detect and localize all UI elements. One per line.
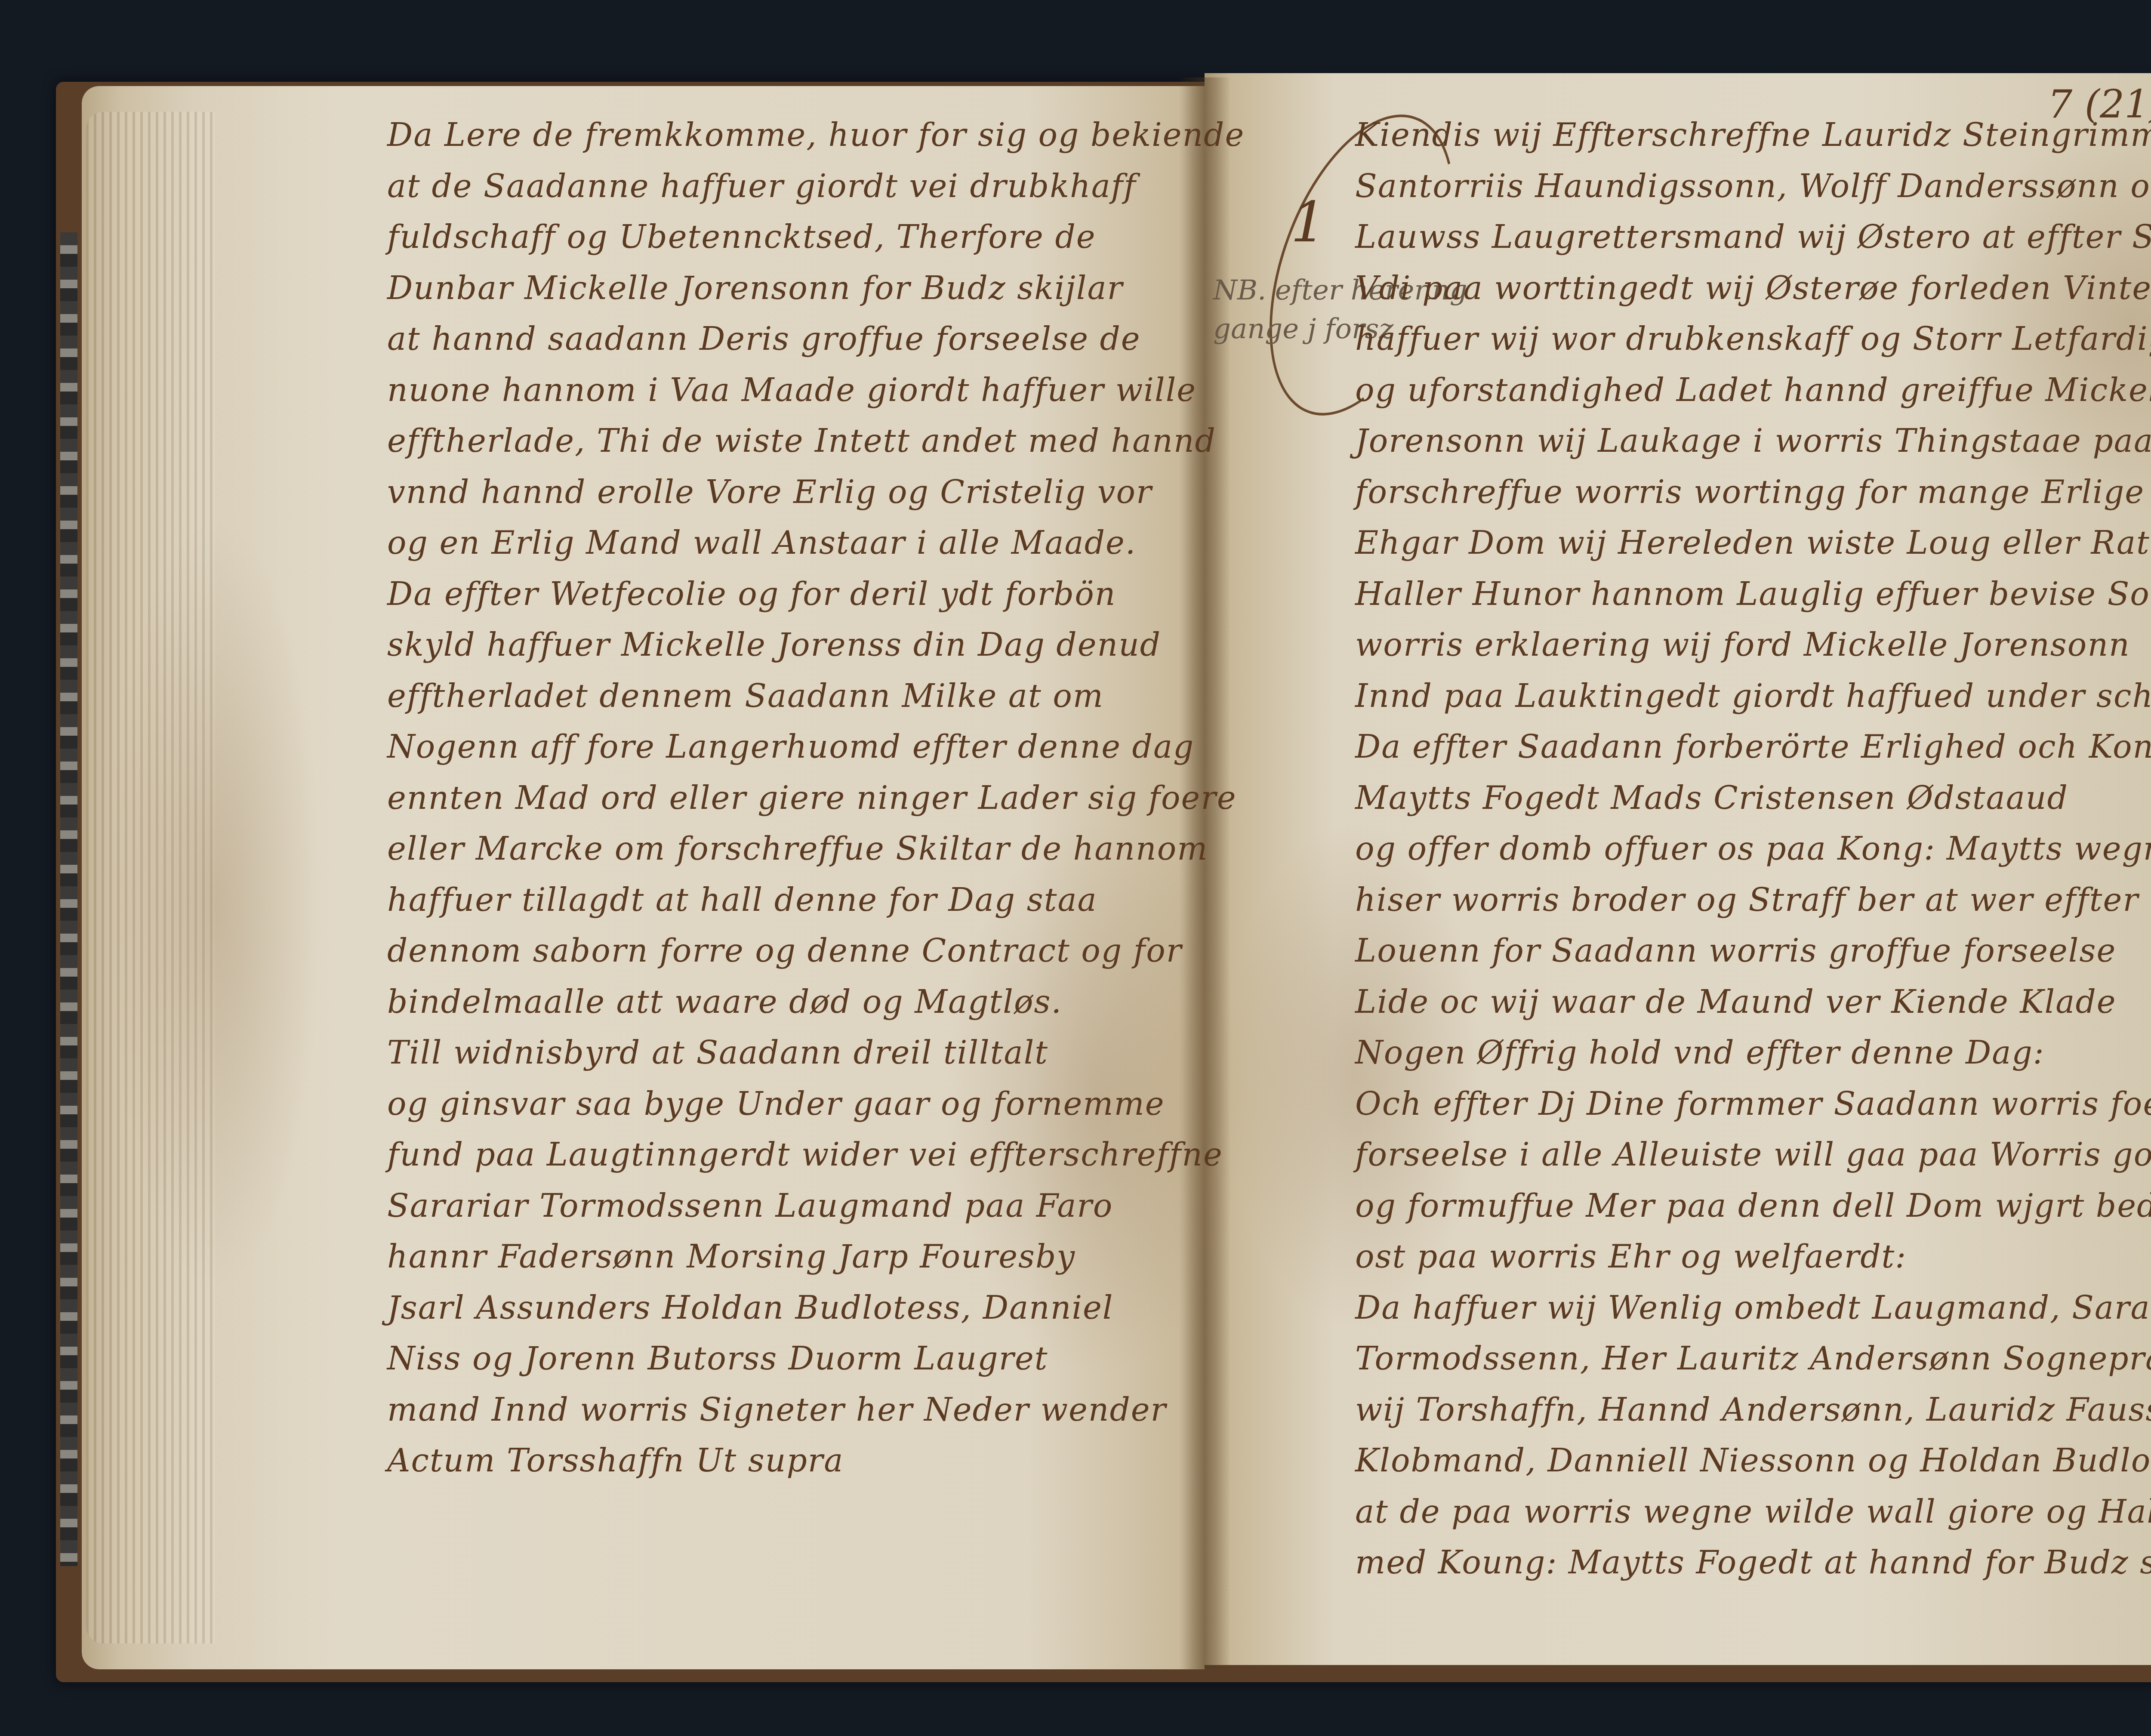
manuscript-line: med Koung: Maytts Fogedt at hannd for Bu… — [1355, 1537, 2151, 1588]
marbled-cover-edge-left — [60, 232, 77, 1566]
manuscript-line: fuldschaff og Ubetenncktsed, Therfore de — [387, 212, 1205, 263]
manuscript-line: Santorriis Haundigssonn, Wolff Danderssø… — [1355, 161, 2151, 212]
manuscript-line: Sarariar Tormodssenn Laugmand paa Faro — [387, 1181, 1205, 1232]
manuscript-line: wij Torshaffn, Hannd Andersønn, Lauridz … — [1355, 1384, 2151, 1436]
manuscript-line: Kiendis wij Effterschreffne Lauridz Stei… — [1355, 110, 2151, 161]
manuscript-line: Klobmand, Danniell Niessonn og Holdan Bu… — [1355, 1435, 2151, 1486]
manuscript-line: at de Saadanne haffuer giordt vei drubkh… — [387, 161, 1205, 212]
manuscript-line: Och effter Dj Dine formmer Saadann worri… — [1355, 1079, 2151, 1130]
manuscript-line: Lide oc wij waar de Maund ver Kiende Kla… — [1355, 977, 2151, 1028]
manuscript-line: haffuer tillagdt at hall denne for Dag s… — [387, 875, 1205, 926]
manuscript-line: eller Marcke om forschreffue Skiltar de … — [387, 823, 1205, 875]
manuscript-line: skyld haffuer Mickelle Jorenss din Dag d… — [387, 620, 1205, 671]
right-page-text: Kiendis wij Effterschreffne Lauridz Stei… — [1355, 110, 2151, 1588]
water-stain — [108, 516, 323, 1291]
margin-numeral: 1 — [1291, 189, 1326, 255]
manuscript-line: og ginsvar saa byge Under gaar og fornem… — [387, 1079, 1205, 1130]
manuscript-line: Da Lere de fremkkomme, huor for sig og b… — [387, 110, 1205, 161]
manuscript-line: og formuffue Mer paa denn dell Dom wjgrt… — [1355, 1181, 2151, 1232]
manuscript-line: Niss og Jorenn Butorss Duorm Laugret — [387, 1333, 1205, 1384]
manuscript-line: Actum Torsshaffn Ut supra — [387, 1435, 1205, 1486]
manuscript-line: forschreffue worris wortingg for mange E… — [1355, 467, 2151, 518]
manuscript-line: Ehgar Dom wij Hereleden wiste Loug eller… — [1355, 518, 2151, 569]
manuscript-line: haffuer wij wor drubkenskaff og Storr Le… — [1355, 314, 2151, 365]
manuscript-line: Jorensonn wij Laukage i worris Thingstaa… — [1355, 416, 2151, 467]
manuscript-line: mand Innd worris Signeter her Neder wend… — [387, 1384, 1205, 1436]
manuscript-line: fund paa Laugtinngerdt wider vei effters… — [387, 1129, 1205, 1181]
manuscript-line: forseelse i alle Alleuiste will gaa paa … — [1355, 1129, 2151, 1181]
left-page-text: Da Lere de fremkkomme, huor for sig og b… — [387, 110, 1205, 1486]
manuscript-line: hiser worris broder og Straff ber at wer… — [1355, 875, 2151, 926]
manuscript-line: Nogen Øffrig hold vnd effter denne Dag: — [1355, 1027, 2151, 1079]
manuscript-line: og uforstandighed Ladet hannd greiffue M… — [1355, 365, 2151, 416]
manuscript-line: Da haffuer wij Wenlig ombedt Laugmand, S… — [1355, 1283, 2151, 1334]
manuscript-line: ennten Mad ord eller giere ninger Lader … — [387, 773, 1205, 824]
manuscript-line: vnnd hannd erolle Vore Erlig og Cristeli… — [387, 467, 1205, 518]
manuscript-line: Jsarl Assunders Holdan Budlotess, Dannie… — [387, 1283, 1205, 1334]
manuscript-line: Lauwss Laugrettersmand wij Østero at eff… — [1355, 212, 2151, 263]
manuscript-line: Da effter Saadann forberörte Erlighed oc… — [1355, 722, 2151, 773]
manuscript-line: at de paa worris wegne wilde wall giore … — [1355, 1486, 2151, 1538]
manuscript-line: Da effter Wetfecolie og for deril ydt fo… — [387, 569, 1205, 620]
manuscript-line: worris erklaering wij ford Mickelle Jore… — [1355, 620, 2151, 671]
manuscript-line: dennom saborn forre og denne Contract og… — [387, 925, 1205, 977]
manuscript-line: Vdi paa worttingedt wij Østerøe forleden… — [1355, 263, 2151, 314]
manuscript-line: bindelmaalle att waare død og Magtløs. — [387, 977, 1205, 1028]
manuscript-line: og en Erlig Mand wall Anstaar i alle Maa… — [387, 518, 1205, 569]
manuscript-line: nuone hannom i Vaa Maade giordt haffuer … — [387, 365, 1205, 416]
manuscript-line: Louenn for Saadann worris groffue forsee… — [1355, 925, 2151, 977]
manuscript-line: ost paa worris Ehr og welfaerdt: — [1355, 1231, 2151, 1283]
manuscript-line: Dunbar Mickelle Jorensonn for Budz skijl… — [387, 263, 1205, 314]
manuscript-line: Maytts Fogedt Mads Cristensen Ødstaaud — [1355, 773, 2151, 824]
manuscript-line: Tormodssenn, Her Lauritz Andersønn Sogne… — [1355, 1333, 2151, 1384]
manuscript-line: Till widnisbyrd at Saadann dreil tilltal… — [387, 1027, 1205, 1079]
manuscript-line: hannr Fadersønn Morsing Jarp Fouresby — [387, 1231, 1205, 1283]
manuscript-line: at hannd saadann Deris groffue forseelse… — [387, 314, 1205, 365]
manuscript-line: efftherlade, Thi de wiste Intett andet m… — [387, 416, 1205, 467]
manuscript-line: efftherladet dennem Saadann Milke at om — [387, 671, 1205, 722]
manuscript-line: og offer domb offuer os paa Kong: Maytts… — [1355, 823, 2151, 875]
manuscript-line: Haller Hunor hannom Lauglig effuer bevis… — [1355, 569, 2151, 620]
manuscript-line: Nogenn aff fore Langerhuomd effter denne… — [387, 722, 1205, 773]
manuscript-line: Innd paa Lauktingedt giordt haffued unde… — [1355, 671, 2151, 722]
